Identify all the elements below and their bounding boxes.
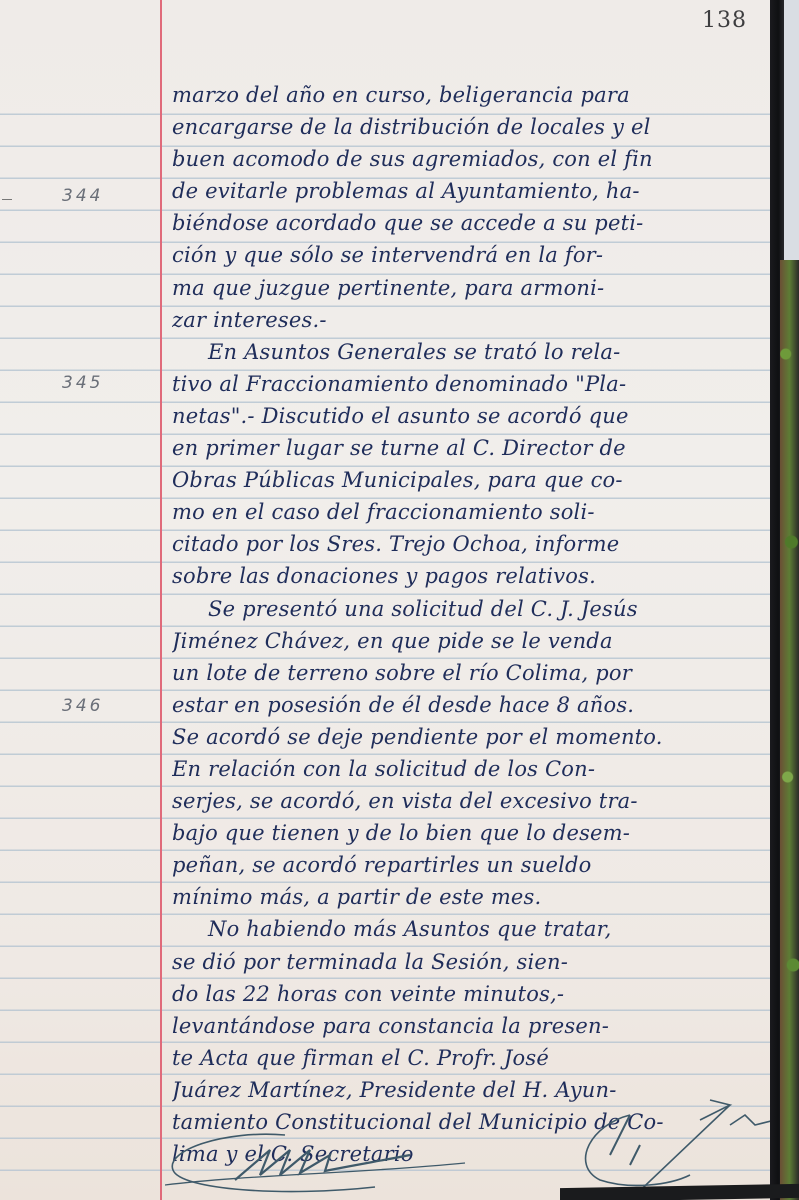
paragraph-start-closing: No habiendo más Asuntos que tratar, [172, 913, 772, 945]
red-margin-line [160, 0, 162, 1200]
entry-number-346: 346 [62, 696, 103, 716]
page-number: 138 [702, 8, 747, 33]
text-line: estar en posesión de él desde hace 8 año… [172, 689, 772, 721]
text-line: En relación con la solicitud de los Con- [172, 753, 772, 785]
margin-tick [2, 199, 12, 200]
text-line: Jiménez Chávez, en que pide se le venda [172, 625, 772, 657]
text-line: sobre las donaciones y pagos relativos. [172, 560, 772, 592]
text-line: serjes, se acordó, en vista del excesivo… [172, 785, 772, 817]
text-line: peñan, se acordó repartirles un sueldo [172, 849, 772, 881]
text-line: levantándose para constancia la presen- [172, 1010, 772, 1042]
text-line: ción y que sólo se intervendrá en la for… [172, 239, 772, 271]
text-line: Obras Públicas Municipales, para que co- [172, 464, 772, 496]
text-line: do las 22 horas con veinte minutos,- [172, 978, 772, 1010]
president-signature [165, 1125, 475, 1200]
text-line: bajo que tienen y de lo bien que lo dese… [172, 817, 772, 849]
text-line: netas".- Discutido el asunto se acordó q… [172, 400, 772, 432]
text-line: tivo al Fraccionamiento denominado "Pla- [172, 368, 772, 400]
text-line: ma que juzgue pertinente, para armoni- [172, 272, 772, 304]
text-line: citado por los Sres. Trejo Ochoa, inform… [172, 528, 772, 560]
text-line: de evitarle problemas al Ayuntamiento, h… [172, 175, 772, 207]
text-line: zar intereses.- [172, 304, 772, 336]
text-line: mo en el caso del fraccionamiento soli- [172, 496, 772, 528]
text-line: buen acomodo de sus agremiados, con el f… [172, 143, 772, 175]
text-line: te Acta que firman el C. Profr. José [172, 1042, 772, 1074]
handwritten-body: marzo del año en curso, beligerancia par… [172, 79, 772, 1170]
text-line: se dió por terminada la Sesión, sien- [172, 946, 772, 978]
text-line: un lote de terreno sobre el río Colima, … [172, 657, 772, 689]
ledger-page: 138 344 345 346 marzo del año en curso, … [0, 0, 778, 1200]
paragraph-start-asuntos-generales: En Asuntos Generales se trató lo rela- [172, 336, 772, 368]
text-line: encargarse de la distribución de locales… [172, 111, 772, 143]
text-line: Se acordó se deje pendiente por el momen… [172, 721, 772, 753]
marbled-cover-edge [780, 260, 799, 1200]
text-line: marzo del año en curso, beligerancia par… [172, 79, 772, 111]
entry-number-344: 344 [62, 186, 103, 206]
text-line: biéndose acordado que se accede a su pet… [172, 207, 772, 239]
paragraph-start-solicitud: Se presentó una solicitud del C. J. Jesú… [172, 593, 772, 625]
entry-number-345: 345 [62, 373, 103, 393]
text-line: mínimo más, a partir de este mes. [172, 881, 772, 913]
text-line: en primer lugar se turne al C. Director … [172, 432, 772, 464]
